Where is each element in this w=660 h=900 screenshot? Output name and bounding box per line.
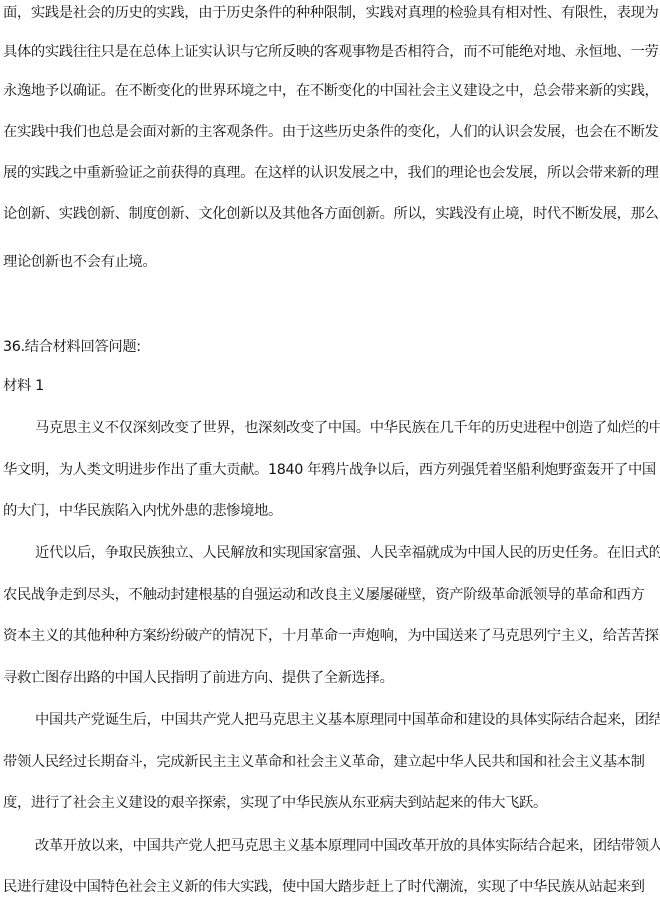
text-line: 论创新、实践创新、制度创新、文化创新以及其他各方面创新。所以，实践没有止境，时代… <box>3 204 659 224</box>
text-line: 马克思主义不仅深刻改变了世界，也深刻改变了中国。中华民族在几千年的历史进程中创造… <box>35 418 660 438</box>
question-title: 36.结合材料回答问题: <box>3 337 141 357</box>
text-line: 中国共产党诞生后，中国共产党人把马克思主义基本原理同中国革命和建设的具体实际结合… <box>35 710 660 730</box>
text-line: 度，进行了社会主义建设的艰辛探索，实现了中华民族从东亚病夫到站起来的伟大飞跃。 <box>3 793 547 813</box>
text-line: 改革开放以来，中国共产党人把马克思主义基本原理同中国改革开放的具体实际结合起来，… <box>35 836 660 856</box>
text-line: 民进行建设中国特色社会主义新的伟大实践，使中国大踏步赶上了时代潮流，实现了中华民… <box>3 877 645 897</box>
text-line: 的大门，中华民族陷入内忧外患的悲惨境地。 <box>3 501 282 521</box>
text-line: 资本主义的其他种种方案纷纷破产的情况下，十月革命一声炮响，为中国送来了马克思列宁… <box>3 626 659 646</box>
text-line: 在实践中我们也总是会面对新的主客观条件。由于这些历史条件的变化，人们的认识会发展… <box>3 122 659 142</box>
material-label: 材料 1 <box>3 376 44 396</box>
text-line: 农民战争走到尽头，不触动封建根基的自强运动和改良主义屡屡碰壁，资产阶级革命派领导… <box>3 585 645 605</box>
text-line: 具体的实践往往只是在总体上证实认识与它所反映的客观事物是否相符合，而不可能绝对地… <box>3 42 659 62</box>
text-line: 带领人民经过长期奋斗，完成新民主主义革命和社会主义革命，建立起中华人民共和国和社… <box>3 752 645 772</box>
text-line: 理论创新也不会有止境。 <box>3 252 156 272</box>
text-line: 近代以后，争取民族独立、人民解放和实现国家富强、人民幸福就成为中国人民的历史任务… <box>35 543 660 563</box>
text-line: 华文明，为人类文明进步作出了重大贡献。1840 年鸦片战争以后，西方列强凭着坚船… <box>3 460 656 480</box>
text-line: 寻救亡图存出路的中国人民指明了前进方向、提供了全新选择。 <box>3 668 394 688</box>
text-line: 面，实践是社会的历史的实践，由于历史条件的种种限制，实践对真理的检验具有相对性、… <box>3 3 659 23</box>
text-line: 展的实践之中重新验证之前获得的真理。在这样的认识发展之中，我们的理论也会发展，所… <box>3 163 659 183</box>
text-line: 永逸地予以确证。在不断变化的世界环境之中，在不断变化的中国社会主义建设之中，总会… <box>3 81 659 101</box>
